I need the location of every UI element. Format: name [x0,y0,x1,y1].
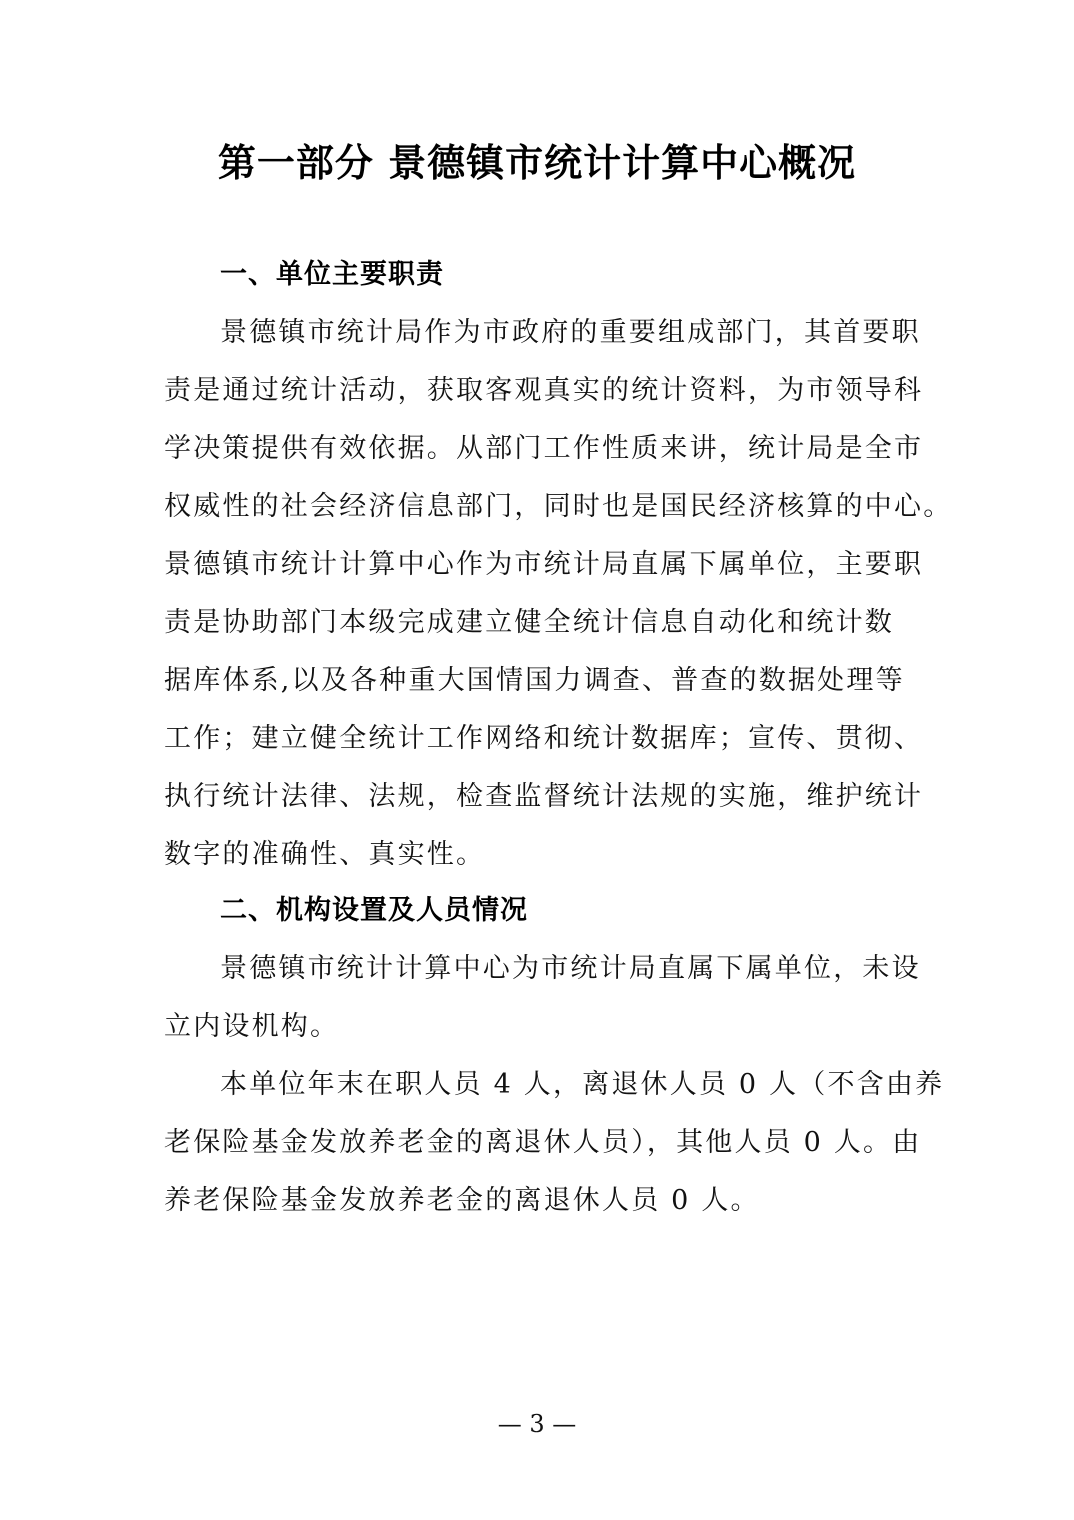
section-heading-organization: 二、机构设置及人员情况 [220,888,528,927]
page-title: 第一部分 景德镇市统计计算中心概况 [0,132,1074,187]
paragraph-line: 学决策提供有效依据。从部门工作性质来讲，统计局是全市 [164,426,923,465]
paragraph-line: 本单位年末在职人员 4 人，离退休人员 0 人（不含由养 [220,1062,944,1101]
paragraph-line: 工作；建立健全统计工作网络和统计数据库；宣传、贯彻、 [164,716,923,755]
paragraph-line: 景德镇市统计计算中心作为市统计局直属下属单位，主要职 [164,542,923,581]
document-page: 第一部分 景德镇市统计计算中心概况 一、单位主要职责 景德镇市统计局作为市政府的… [0,0,1074,1520]
paragraph-line: 养老保险基金发放养老金的离退休人员 0 人。 [164,1178,760,1217]
paragraph-line: 景德镇市统计局作为市政府的重要组成部门，其首要职 [220,310,921,349]
paragraph-line: 责是协助部门本级完成建立健全统计信息自动化和统计数 [164,600,894,639]
section-heading-responsibilities: 一、单位主要职责 [220,252,444,291]
paragraph-line: 责是通过统计活动，获取客观真实的统计资料，为市领导科 [164,368,923,407]
paragraph-line: 权威性的社会经济信息部门，同时也是国民经济核算的中心。 [164,484,952,523]
paragraph-line: 立内设机构。 [164,1004,339,1043]
page-number: — 3 — [0,1410,1074,1438]
paragraph-line: 老保险基金发放养老金的离退休人员），其他人员 0 人。由 [164,1120,921,1159]
paragraph-line: 据库体系,以及各种重大国情国力调查、普查的数据处理等 [164,658,905,697]
paragraph-line: 执行统计法律、法规，检查监督统计法规的实施，维护统计 [164,774,923,813]
paragraph-line: 景德镇市统计计算中心为市统计局直属下属单位，未设 [220,946,921,985]
paragraph-line: 数字的准确性、真实性。 [164,832,485,871]
